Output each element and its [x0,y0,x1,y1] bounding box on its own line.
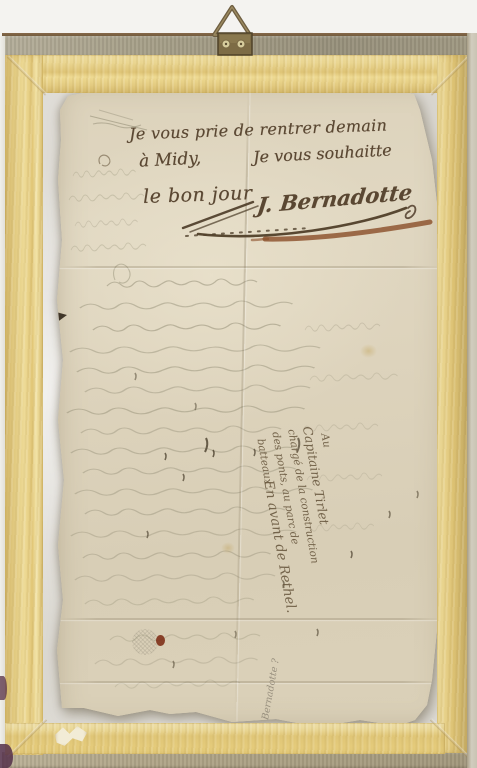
seal-paper-texture [132,629,158,655]
purple-mark [0,744,13,768]
stain [360,344,377,358]
letter-paper: Je vous prie de rentrer demain à Midy, J… [55,80,447,730]
tape-border-right [437,55,468,753]
frame-right-edge [467,33,477,768]
tape-border-left [5,55,43,755]
framed-letter-photo: Je vous prie de rentrer demain à Midy, J… [0,0,477,768]
frame-band-texture [2,752,467,768]
hanger-screw-slot [225,43,227,45]
hanger-wire-triangle [214,7,250,35]
stain [221,542,235,554]
tape-border-top [5,55,445,93]
signature-flourish [150,178,450,256]
letter-paper-shadow: Je vous prie de rentrer demain à Midy, J… [55,80,447,730]
hanger-screw-slot [240,43,242,45]
frame-bottom-band [2,752,467,768]
tape-texture [5,55,43,755]
letter-line-2a: à Midy, [139,148,202,171]
tape-texture [437,55,468,753]
tape-texture [5,55,445,93]
hanger-wire-highlight [214,7,250,35]
triangle-hanging-bracket-icon [205,2,265,60]
seal-wax-blob [156,635,165,646]
purple-mark [0,676,7,700]
